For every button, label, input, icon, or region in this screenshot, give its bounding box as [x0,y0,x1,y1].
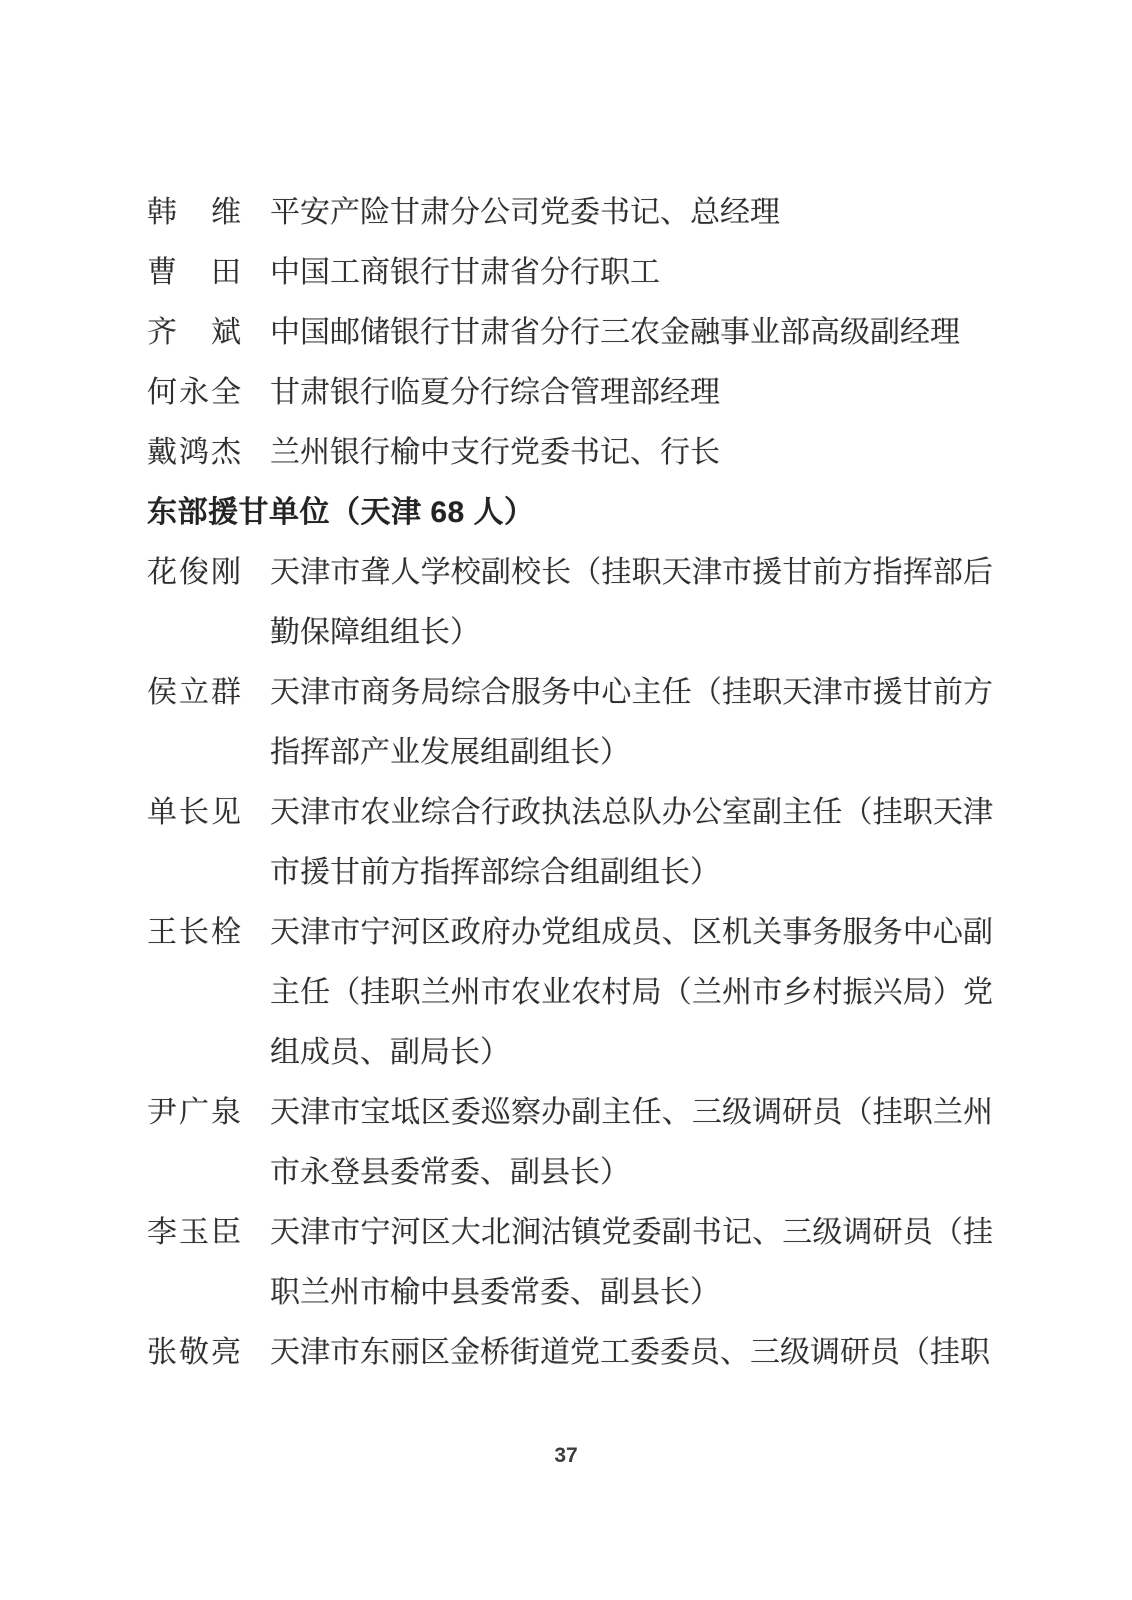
person-position: 天津市商务局综合服务中心主任（挂职天津市援甘前方指挥部产业发展组副组长） [270,663,993,783]
document-page: 韩维 平安产险甘肃分公司党委书记、总经理 曹田 中国工商银行甘肃省分行职工 齐斌… [0,0,1132,1600]
person-name: 李玉臣 [147,1203,241,1263]
person-name: 何永全 [147,363,241,423]
person-position: 天津市宁河区政府办党组成员、区机关事务服务中心副主任（挂职兰州市农业农村局（兰州… [270,903,993,1083]
person-name: 侯立群 [147,663,241,723]
person-position: 中国工商银行甘肃省分行职工 [270,243,993,303]
person-name: 花俊刚 [147,543,241,603]
person-position: 天津市宁河区大北涧沽镇党委副书记、三级调研员（挂职兰州市榆中县委常委、副县长） [270,1203,993,1323]
person-name: 尹广泉 [147,1083,241,1143]
section-header: 东部援甘单位（天津 68 人） [147,483,993,543]
person-position: 兰州银行榆中支行党委书记、行长 [270,423,993,483]
roster-entry: 张敬亮 天津市东丽区金桥街道党工委委员、三级调研员（挂职 [147,1323,993,1383]
roster-entry: 戴鸿杰 兰州银行榆中支行党委书记、行长 [147,423,993,483]
page-number: 37 [0,1444,1132,1468]
roster-entry: 曹田 中国工商银行甘肃省分行职工 [147,243,993,303]
roster-entry: 王长栓 天津市宁河区政府办党组成员、区机关事务服务中心副主任（挂职兰州市农业农村… [147,903,993,1083]
person-name: 张敬亮 [147,1323,241,1383]
person-name: 戴鸿杰 [147,423,241,483]
roster-entry: 齐斌 中国邮储银行甘肃省分行三农金融事业部高级副经理 [147,303,993,363]
person-position: 天津市宝坻区委巡察办副主任、三级调研员（挂职兰州市永登县委常委、副县长） [270,1083,993,1203]
person-position: 天津市聋人学校副校长（挂职天津市援甘前方指挥部后勤保障组组长） [270,543,993,663]
person-name: 齐斌 [147,303,241,363]
person-position: 天津市东丽区金桥街道党工委委员、三级调研员（挂职 [270,1323,993,1383]
person-position: 平安产险甘肃分公司党委书记、总经理 [270,183,993,243]
roster-entry: 花俊刚 天津市聋人学校副校长（挂职天津市援甘前方指挥部后勤保障组组长） [147,543,993,663]
roster-entry: 尹广泉 天津市宝坻区委巡察办副主任、三级调研员（挂职兰州市永登县委常委、副县长） [147,1083,993,1203]
person-position: 中国邮储银行甘肃省分行三农金融事业部高级副经理 [270,303,993,363]
person-name: 单长见 [147,783,241,843]
roster-entry: 侯立群 天津市商务局综合服务中心主任（挂职天津市援甘前方指挥部产业发展组副组长） [147,663,993,783]
roster-list: 韩维 平安产险甘肃分公司党委书记、总经理 曹田 中国工商银行甘肃省分行职工 齐斌… [147,183,993,1383]
person-position: 天津市农业综合行政执法总队办公室副主任（挂职天津市援甘前方指挥部综合组副组长） [270,783,993,903]
roster-entry: 韩维 平安产险甘肃分公司党委书记、总经理 [147,183,993,243]
person-position: 甘肃银行临夏分行综合管理部经理 [270,363,993,423]
roster-entry: 李玉臣 天津市宁河区大北涧沽镇党委副书记、三级调研员（挂职兰州市榆中县委常委、副… [147,1203,993,1323]
person-name: 韩维 [147,183,241,243]
roster-entry: 何永全 甘肃银行临夏分行综合管理部经理 [147,363,993,423]
person-name: 王长栓 [147,903,241,963]
roster-entry: 单长见 天津市农业综合行政执法总队办公室副主任（挂职天津市援甘前方指挥部综合组副… [147,783,993,903]
person-name: 曹田 [147,243,241,303]
